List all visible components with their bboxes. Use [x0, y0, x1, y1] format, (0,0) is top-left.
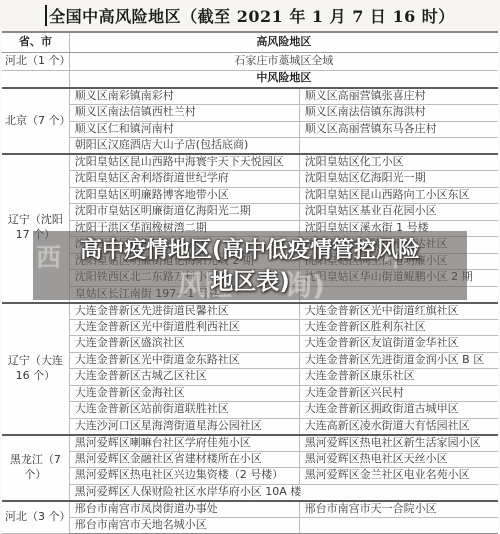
- title-bar: 全国中高风险地区（截至 2021 年 1 月 7 日 16 时）: [0, 0, 500, 31]
- area-cell: [299, 517, 498, 534]
- area-cell: 顺义区仁和镇河南村: [69, 121, 299, 138]
- banner-title-line1: 高中疫情地区(高中低疫情管控风险: [33, 233, 467, 264]
- table-row: 大连沙河口区星海湾街道星海公园社区大连高新区凌水街道大有恬园社区: [2, 418, 498, 435]
- area-cell: 顺义区南法信镇东海洪村: [299, 105, 498, 122]
- area-cell: 大连金普新区先进街道金润小区 B 区: [299, 352, 498, 369]
- table-row: 大连金普新区光中街道胜利西社区大连金普新区胜利东社区: [2, 319, 498, 336]
- table-row: 北京（7 个）顺义区南彩镇南彩村顺义区高丽营镇张喜庄村: [2, 88, 498, 105]
- province-cell-empty: [2, 70, 69, 88]
- area-cell: 邢台市南宫市天地名城小区: [69, 517, 299, 534]
- area-cell: 大连金普新区光中街道金东路社区: [69, 352, 299, 369]
- area-cell: 大连金普新区兴民村: [299, 385, 498, 402]
- table-row: 大连金普新区光中街道金东路社区大连金普新区先进街道金润小区 B 区: [2, 352, 498, 369]
- province-cell: 黑龙江（7 个）: [2, 435, 69, 501]
- area-cell: 大连沙河口区星海湾街道星海公园社区: [69, 418, 299, 435]
- table-row: 黑河爱辉区人保财险社区水岸华府小区 10A 楼: [2, 484, 498, 501]
- table-row: 邢台市南宫市天地名城小区: [2, 517, 498, 534]
- area-cell: 大连金普新区拥政街道古城甲区: [299, 402, 498, 419]
- medium-risk-band: 中风险地区: [69, 70, 498, 88]
- table-row: 黑龙江（7 个）黑河爱辉区喇嘛台社区学府佳苑小区黑河爱辉区热电社区新生活家园小区: [2, 435, 498, 452]
- area-cell: 大连金普新区盛滨社区: [69, 336, 299, 353]
- table-row: 大连金普新区古城乙区社区大连金普新区康乐社区: [2, 369, 498, 386]
- watermark-banner: 西 中 风险 询) 高中疫情地区(高中低疫情管控风险 地区表): [33, 231, 467, 300]
- table-row: 河北（1 个）石家庄市藁城区全域: [2, 52, 498, 70]
- area-cell: 大连金普新区古城乙区社区: [69, 369, 299, 386]
- area-cell: 黑河爱辉区热电社区新生活家园小区: [299, 435, 498, 452]
- area-cell: 大连高新区凌水街道大有恬园社区: [299, 418, 498, 435]
- table-row: 大连金普新区金海社区大连金普新区兴民村: [2, 385, 498, 402]
- area-cell: 黑河爱辉区喇嘛台社区学府佳苑小区: [69, 435, 299, 452]
- area-cell: 黑河爱辉区金兰社区电业名苑小区: [299, 468, 498, 485]
- area-cell: 大连金普新区光中街道胜利西社区: [69, 319, 299, 336]
- area-cell: 大连金普新区胜利东社区: [299, 319, 498, 336]
- banner-title-line2: 地区表): [33, 263, 467, 296]
- area-cell: 邢台市南宫市天一合院小区: [299, 501, 498, 518]
- table-row: 辽宁（沈阳 17 个）沈阳皇姑区昆山西路中海寰宇天下天悦园区沈阳皇姑区化工小区: [2, 154, 498, 171]
- table-row: 大连金普新区盛滨社区大连金普新区友谊街道金华社区: [2, 336, 498, 353]
- table-row: 朝阳区汉庭酒店大山子店(包括底商): [2, 138, 498, 155]
- province-cell: 辽宁（大连 16 个）: [2, 303, 69, 435]
- area-cell: 黑河爱辉区热电社区天丝小区: [299, 451, 498, 468]
- area-cell: 黑河爱辉区热电社区兴边集资楼（2 号楼）: [69, 468, 299, 485]
- area-cell: 大连金普新区金海社区: [69, 385, 299, 402]
- area-cell: 沈阳市皇姑区明廉街道亿海阳光二期: [69, 204, 299, 221]
- area-cell: 沈阳皇姑区亿海阳光一期: [299, 171, 498, 188]
- area-cell: 黑河爱辉区人保财险社区水岸华府小区 10A 楼: [69, 484, 498, 501]
- table-row: 大连金普新区站前街道联胜社区大连金普新区拥政街道古城甲区: [2, 402, 498, 419]
- area-cell: 大连金普新区友谊街道金华社区: [299, 336, 498, 353]
- area-cell: 大连金普新区康乐社区: [299, 369, 498, 386]
- area-cell: 沈阳皇姑区舍利塔街道世纪学府: [69, 171, 299, 188]
- table-row: 河北（3 个）邢台市南宫市凤岗街道办事处邢台市南宫市天一合院小区: [2, 501, 498, 518]
- area-cell: 沈阳皇姑区明廉路博客地带小区: [69, 187, 299, 204]
- area-cell: 沈阳皇姑区昆山西路中海寰宇天下天悦园区: [69, 154, 299, 171]
- area-cell: 顺义区南法信镇西杜兰村: [69, 105, 299, 122]
- area-cell: 顺义区高丽营镇张喜庄村: [299, 88, 498, 105]
- table-row: 中风险地区: [2, 70, 498, 88]
- area-cell: 石家庄市藁城区全域: [69, 52, 498, 70]
- area-cell: 大连金普新区站前街道联胜社区: [69, 402, 299, 419]
- area-cell: 朝阳区汉庭酒店大山子店(包括底商): [69, 138, 299, 155]
- area-cell: 顺义区高丽营镇东马各庄村: [299, 121, 498, 138]
- column-header-high-risk: 高风险地区: [69, 32, 498, 52]
- table-row: 辽宁（大连 16 个）大连金普新区先进街道民馨社区大连金普新区光中街道红旗社区: [2, 303, 498, 320]
- area-cell: [299, 138, 498, 155]
- area-cell: 沈阳皇姑区昆山西路向工小区东区: [299, 187, 498, 204]
- area-cell: 沈阳皇姑区化工小区: [299, 154, 498, 171]
- table-row: 沈阳皇姑区明廉路博客地带小区沈阳皇姑区昆山西路向工小区东区: [2, 187, 498, 204]
- page-title: 全国中高风险地区（截至 2021 年 1 月 7 日 16 时）: [49, 4, 455, 27]
- area-cell: 大连金普新区光中街道红旗社区: [299, 303, 498, 320]
- table-row: 省、市高风险地区: [2, 32, 498, 52]
- province-cell: 河北（1 个）: [2, 52, 69, 70]
- table-row: 黑河爱辉区热电社区兴边集资楼（2 号楼）黑河爱辉区金兰社区电业名苑小区: [2, 468, 498, 485]
- table-row: 顺义区南法信镇西杜兰村顺义区南法信镇东海洪村: [2, 105, 498, 122]
- area-cell: 顺义区南彩镇南彩村: [69, 88, 299, 105]
- area-cell: 邢台市南宫市凤岗街道办事处: [69, 501, 299, 518]
- column-header-province: 省、市: [2, 32, 69, 52]
- table-row: 黑河爱辉区金融社区省建材楼所在小区黑河爱辉区热电社区天丝小区: [2, 451, 498, 468]
- table-row: 顺义区仁和镇河南村顺义区高丽营镇东马各庄村: [2, 121, 498, 138]
- table-row: 沈阳皇姑区舍利塔街道世纪学府沈阳皇姑区亿海阳光一期: [2, 171, 498, 188]
- province-cell: 河北（3 个）: [2, 501, 69, 534]
- area-cell: 大连金普新区先进街道民馨社区: [69, 303, 299, 320]
- text-cursor: [45, 5, 47, 26]
- area-cell: 沈阳皇姑区基业百花园小区: [299, 204, 498, 221]
- province-cell: 北京（7 个）: [2, 88, 69, 154]
- table-row: 沈阳市皇姑区明廉街道亿海阳光二期沈阳皇姑区基业百花园小区: [2, 204, 498, 221]
- area-cell: 黑河爱辉区金融社区省建材楼所在小区: [69, 451, 299, 468]
